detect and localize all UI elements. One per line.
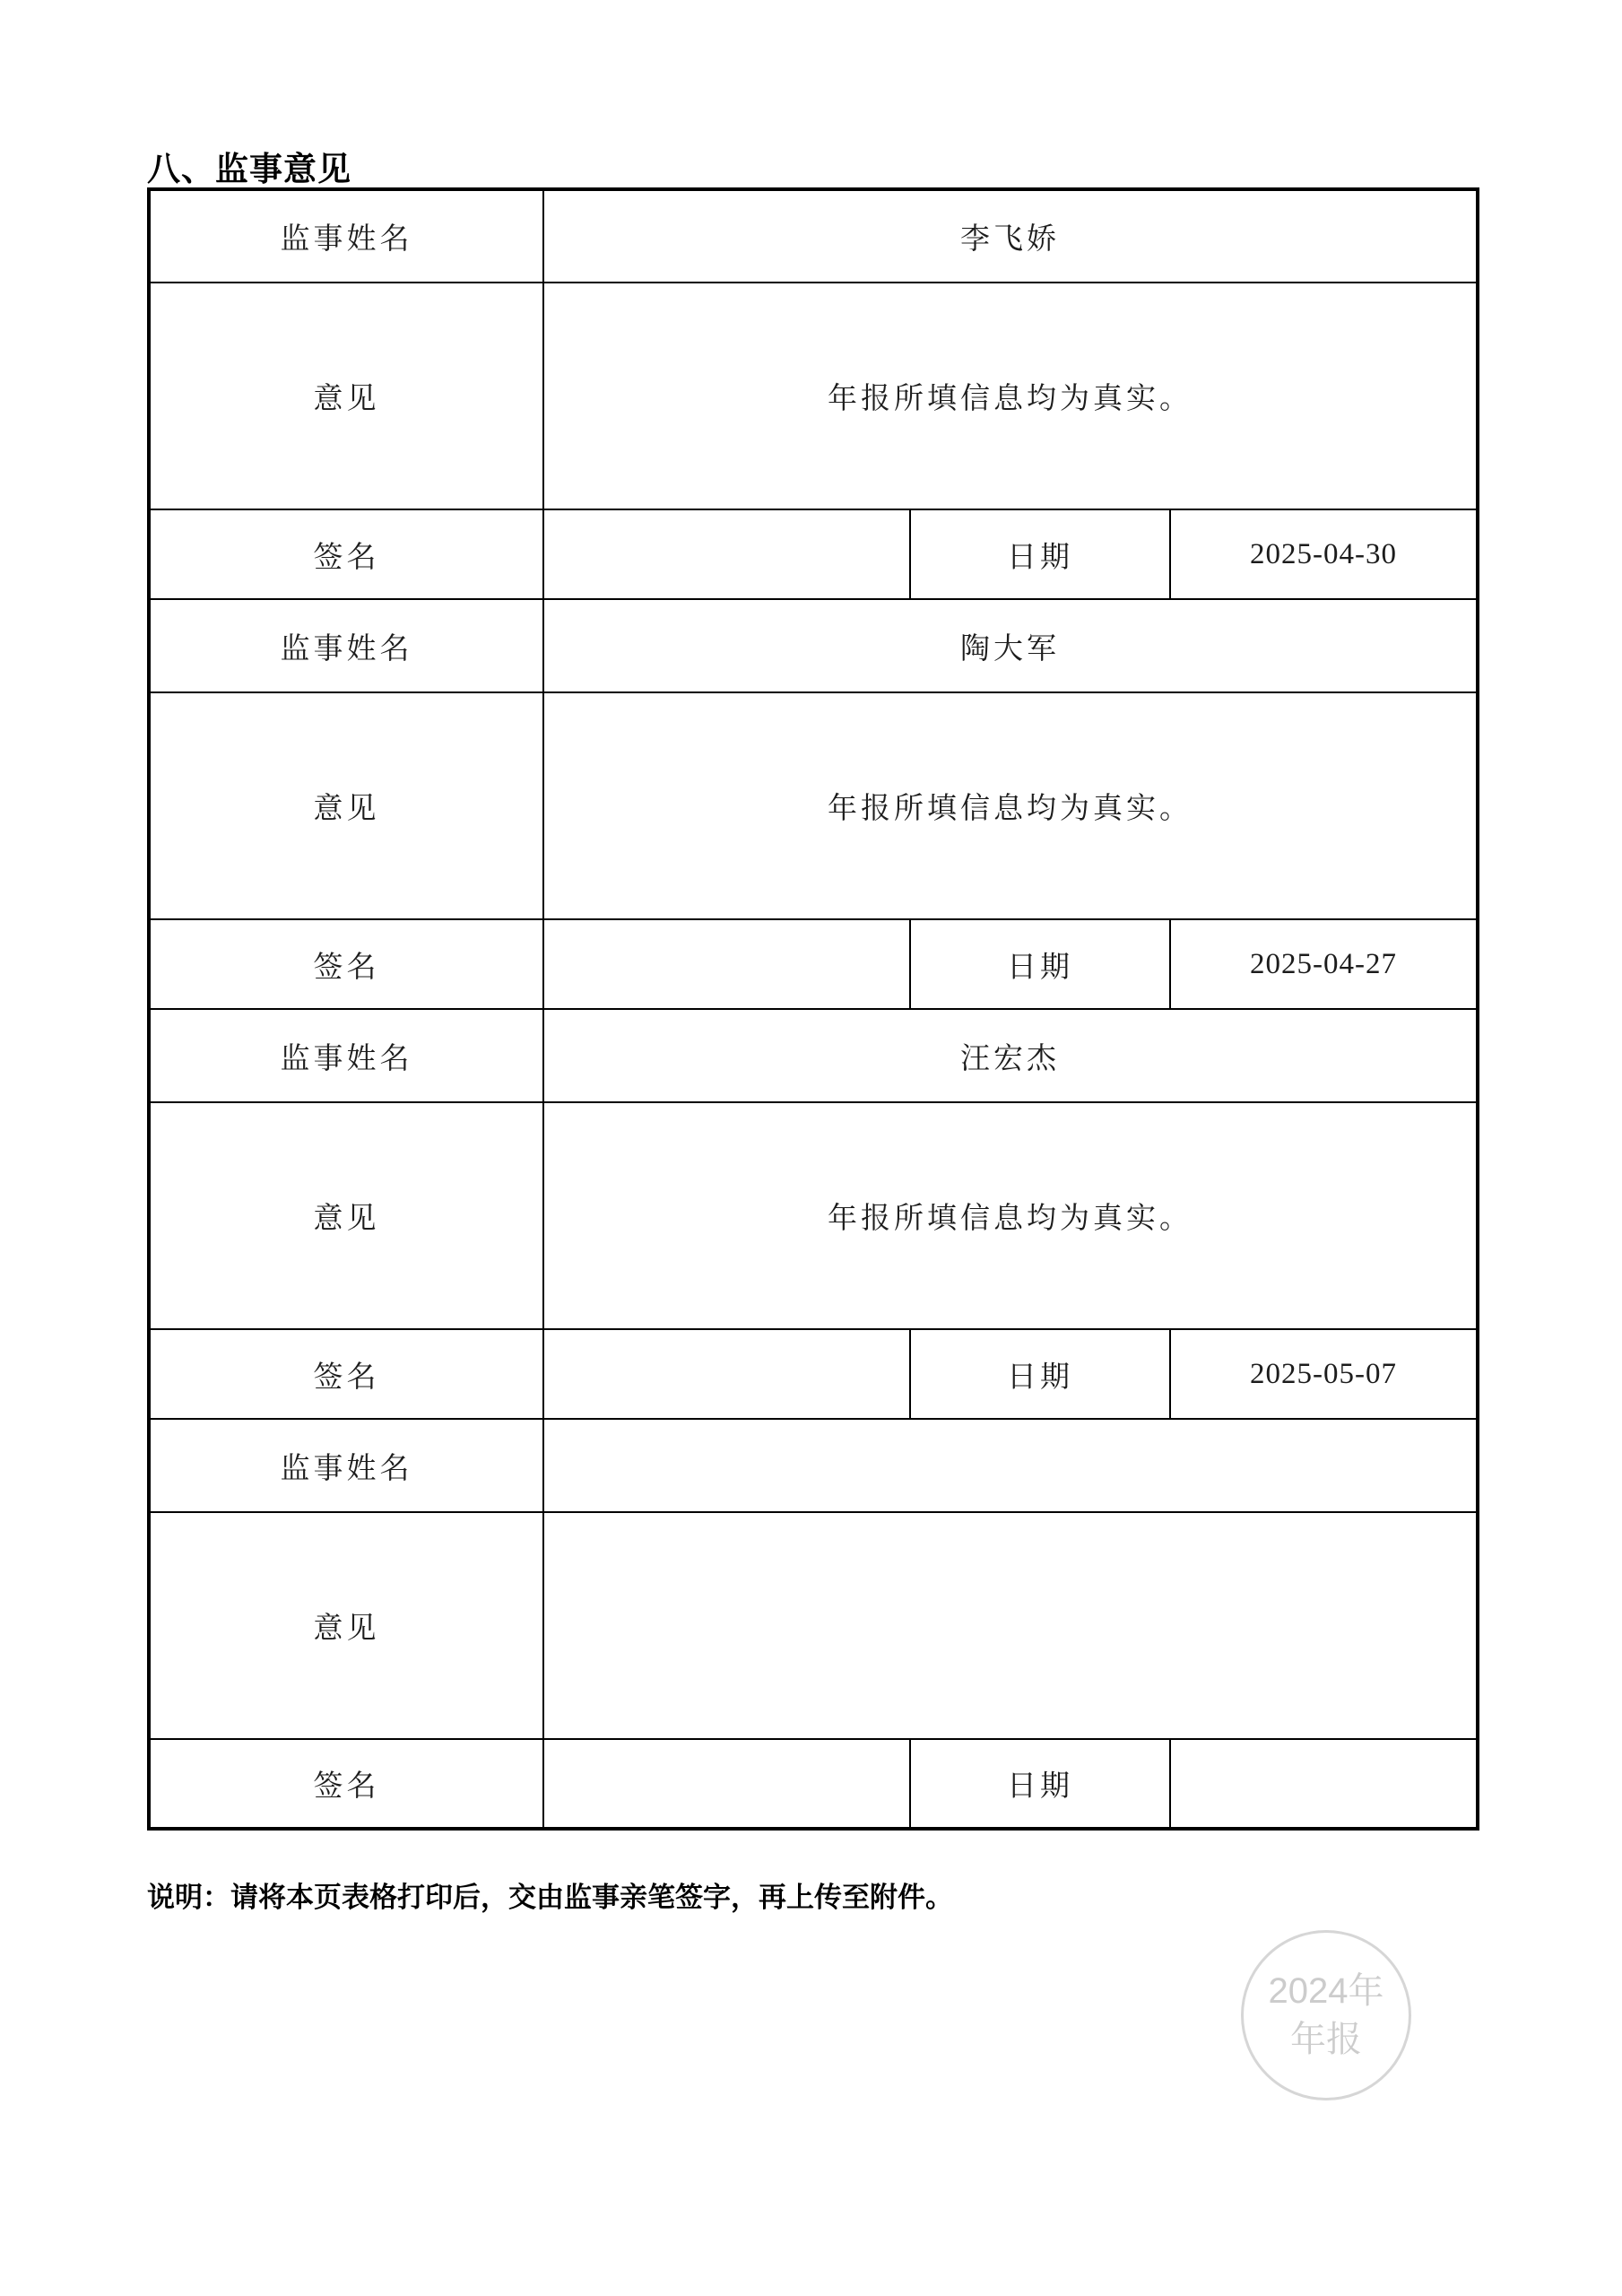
table-row: 签名 日期 2025-05-07 bbox=[149, 1329, 1478, 1419]
table-row: 监事姓名 陶大军 bbox=[149, 599, 1478, 692]
page-title: 八、监事意见 bbox=[147, 142, 351, 190]
opinion-value: 年报所填信息均为真实。 bbox=[543, 1102, 1478, 1329]
opinion-label: 意见 bbox=[149, 283, 543, 509]
table-row: 监事姓名 汪宏杰 bbox=[149, 1009, 1478, 1102]
supervisor-name-value: 李飞娇 bbox=[543, 189, 1478, 283]
date-value: 2025-04-27 bbox=[1170, 919, 1478, 1009]
table-row: 签名 日期 2025-04-30 bbox=[149, 509, 1478, 599]
supervisor-name-label: 监事姓名 bbox=[149, 189, 543, 283]
opinion-value: 年报所填信息均为真实。 bbox=[543, 692, 1478, 919]
opinion-value: 年报所填信息均为真实。 bbox=[543, 283, 1478, 509]
table-row: 意见 年报所填信息均为真实。 bbox=[149, 1102, 1478, 1329]
date-value bbox=[1170, 1739, 1478, 1829]
watermark-report-line: 年报 bbox=[1290, 2015, 1362, 2064]
supervisor-name-value: 陶大军 bbox=[543, 599, 1478, 692]
signature-area bbox=[543, 919, 910, 1009]
supervisor-name-value bbox=[543, 1419, 1478, 1512]
signature-area bbox=[543, 509, 910, 599]
signature-area bbox=[543, 1329, 910, 1419]
table-row: 签名 日期 bbox=[149, 1739, 1478, 1829]
table-row: 监事姓名 bbox=[149, 1419, 1478, 1512]
date-label: 日期 bbox=[910, 1329, 1170, 1419]
supervisor-opinion-table: 监事姓名 李飞娇 意见 年报所填信息均为真实。 签名 日期 2025-04-30… bbox=[147, 187, 1479, 1831]
table-row: 意见 年报所填信息均为真实。 bbox=[149, 283, 1478, 509]
table-row: 意见 bbox=[149, 1512, 1478, 1739]
table-row: 签名 日期 2025-04-27 bbox=[149, 919, 1478, 1009]
opinion-label: 意见 bbox=[149, 1512, 543, 1739]
signature-label: 签名 bbox=[149, 919, 543, 1009]
signature-label: 签名 bbox=[149, 1739, 543, 1829]
date-value: 2025-04-30 bbox=[1170, 509, 1478, 599]
supervisor-name-label: 监事姓名 bbox=[149, 1009, 543, 1102]
supervisor-name-label: 监事姓名 bbox=[149, 1419, 543, 1512]
supervisor-name-label: 监事姓名 bbox=[149, 599, 543, 692]
signature-label: 签名 bbox=[149, 509, 543, 599]
opinion-label: 意见 bbox=[149, 1102, 543, 1329]
opinion-label: 意见 bbox=[149, 692, 543, 919]
signature-label: 签名 bbox=[149, 1329, 543, 1419]
signature-area bbox=[543, 1739, 910, 1829]
opinion-value bbox=[543, 1512, 1478, 1739]
date-label: 日期 bbox=[910, 1739, 1170, 1829]
date-label: 日期 bbox=[910, 919, 1170, 1009]
supervisor-name-value: 汪宏杰 bbox=[543, 1009, 1478, 1102]
watermark-year-line: 2024年 bbox=[1269, 1967, 1384, 2015]
print-note: 说明：请将本页表格打印后，交由监事亲笔签字，再上传至附件。 bbox=[147, 1874, 953, 1915]
table-row: 监事姓名 李飞娇 bbox=[149, 189, 1478, 283]
document-page: 八、监事意见 监事姓名 李飞娇 意见 年报所填信息均为真实。 签名 日期 202… bbox=[0, 0, 1622, 2296]
date-value: 2025-05-07 bbox=[1170, 1329, 1478, 1419]
table-row: 意见 年报所填信息均为真实。 bbox=[149, 692, 1478, 919]
date-label: 日期 bbox=[910, 509, 1170, 599]
annual-report-watermark: 2024年 年报 bbox=[1241, 1930, 1411, 2100]
